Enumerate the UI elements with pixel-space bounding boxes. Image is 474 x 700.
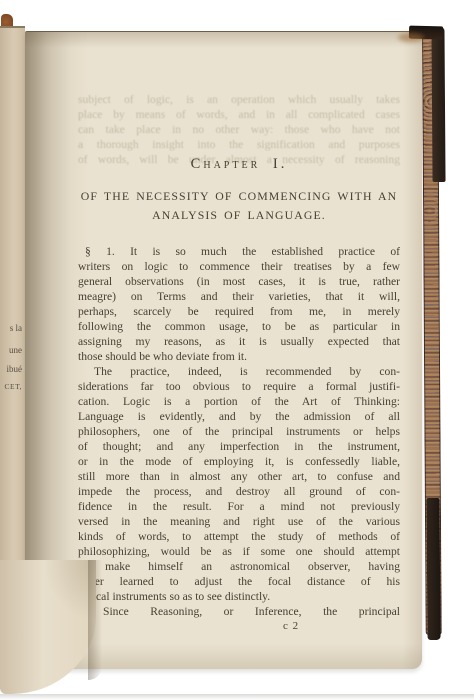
left-page-fragment: s la bbox=[0, 323, 22, 333]
text-line: writers on logic to commence their treat… bbox=[78, 259, 400, 274]
text-line: general observations (in most cases, it … bbox=[78, 274, 400, 289]
text-line: siderations far too obvious to require a… bbox=[78, 379, 400, 394]
section-title-line1: OF THE NECESSITY OF COMMENCING WITH AN bbox=[81, 189, 397, 203]
section-title: OF THE NECESSITY OF COMMENCING WITH AN A… bbox=[78, 187, 400, 225]
text-line: assigning my reasons, as it is usually e… bbox=[78, 334, 400, 349]
text-line: Language is evidently, and by the admiss… bbox=[78, 409, 400, 424]
text-line: fidence in the result. For a mind not pr… bbox=[78, 499, 400, 514]
text-line: philosophers, one of the principal instr… bbox=[78, 424, 400, 439]
text-line: optical instruments so as to see distinc… bbox=[78, 589, 400, 604]
paragraph-3: Since Reasoning, or Inference, the princ… bbox=[78, 604, 400, 619]
leather-corner-bottom bbox=[426, 498, 440, 640]
text-line: of thought; and any imperfection in the … bbox=[78, 439, 400, 454]
signature-mark: c 2 bbox=[283, 620, 400, 632]
text-line: a thorough insight into the significatio… bbox=[78, 137, 400, 152]
book-photo: s la une ibué CET, subject of logic, is … bbox=[0, 0, 474, 700]
leather-corner-top bbox=[431, 27, 445, 182]
text-line: or in the mode of employing it, is confe… bbox=[78, 454, 400, 469]
section-title-line2: ANALYSIS OF LANGUAGE. bbox=[152, 208, 326, 222]
text-line: never learned to adjust the focal distan… bbox=[78, 574, 400, 589]
left-page-curl bbox=[0, 560, 96, 694]
paragraph-2: The practice, indeed, is recommended by … bbox=[78, 364, 400, 604]
left-page-fragment: ibué bbox=[0, 364, 22, 374]
text-line: place by means of words, and in all comp… bbox=[78, 107, 400, 122]
text-line: to make himself an astronomical observer… bbox=[78, 559, 400, 574]
left-page-fragment: CET, bbox=[0, 382, 22, 391]
text-line: cation. Logic is a portion of the Art of… bbox=[78, 394, 400, 409]
text-line: those should be who deviate from it. bbox=[78, 349, 400, 364]
text-line: § 1. It is so much the established pract… bbox=[78, 244, 400, 259]
page-content: Chapter I. OF THE NECESSITY OF COMMENCIN… bbox=[78, 156, 400, 632]
text-line: philosophizing, would be as if some one … bbox=[78, 544, 400, 559]
text-line: meagre) on Terms and their varieties, th… bbox=[78, 289, 400, 304]
text-line: impede the process, and destroy all grou… bbox=[78, 484, 400, 499]
left-page-fragment: une bbox=[0, 345, 22, 355]
text-line: versed in the meaning and right use of t… bbox=[78, 514, 400, 529]
text-line: The practice, indeed, is recommended by … bbox=[78, 364, 400, 379]
paragraph-1: § 1. It is so much the established pract… bbox=[78, 244, 400, 364]
floor-shadow bbox=[0, 694, 474, 700]
text-line: perhaps, scarcely be required from me, i… bbox=[78, 304, 400, 319]
text-line: still more than in almost any other art,… bbox=[78, 469, 400, 484]
text-line: kinds of words, to attempt the study of … bbox=[78, 529, 400, 544]
text-line: Since Reasoning, or Inference, the princ… bbox=[78, 604, 400, 619]
text-line: following the common usage, to be as par… bbox=[78, 319, 400, 334]
text-line: can take place in no other way: those wh… bbox=[78, 122, 400, 137]
chapter-heading: Chapter I. bbox=[78, 156, 400, 172]
head-stain bbox=[398, 33, 424, 42]
text-line: subject of logic, is an operation which … bbox=[78, 92, 400, 107]
